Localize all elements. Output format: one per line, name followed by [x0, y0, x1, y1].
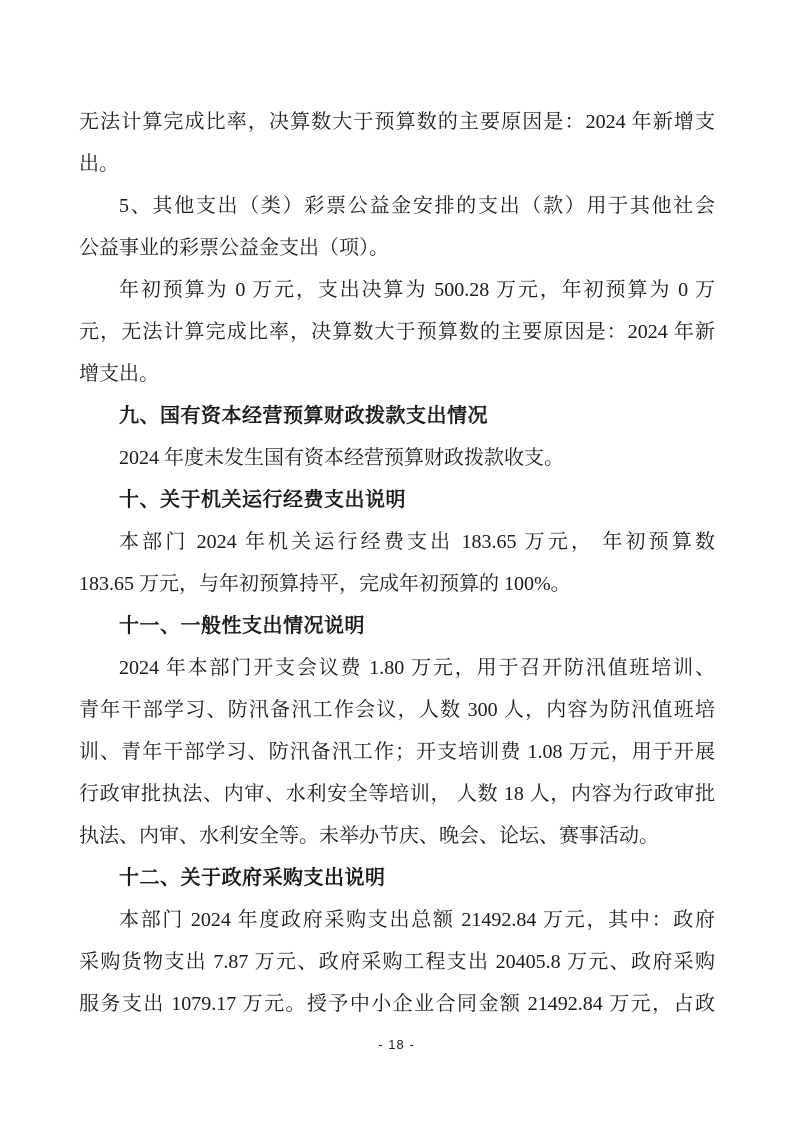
text-line: 无法计算完成比率，决算数大于预算数的主要原因是：2024 年新增支 — [79, 101, 715, 143]
text-line: 本部门 2024 年度政府采购支出总额 21492.84 万元，其中：政府 — [79, 899, 715, 941]
text-line: 出。 — [79, 143, 715, 185]
heading-line: 九、国有资本经营预算财政拨款支出情况 — [79, 395, 715, 437]
heading-line: 十、关于机关运行经费支出说明 — [79, 479, 715, 521]
text-line: 本部门 2024 年机关运行经费支出 183.65 万元， 年初预算数 — [79, 521, 715, 563]
text-line: 183.65 万元，与年初预算持平，完成年初预算的 100%。 — [79, 563, 715, 605]
document-page: 无法计算完成比率，决算数大于预算数的主要原因是：2024 年新增支出。5、其他支… — [0, 0, 793, 1122]
text-line: 元，无法计算完成比率，决算数大于预算数的主要原因是：2024 年新 — [79, 311, 715, 353]
text-line: 2024 年度未发生国有资本经营预算财政拨款收支。 — [79, 437, 715, 479]
text-line: 公益事业的彩票公益金支出（项）。 — [79, 227, 715, 269]
text-line: 2024 年本部门开支会议费 1.80 万元，用于召开防汛值班培训、 — [79, 647, 715, 689]
text-line: 训、青年干部学习、防汛备汛工作；开支培训费 1.08 万元，用于开展 — [79, 731, 715, 773]
text-line: 青年干部学习、防汛备汛工作会议，人数 300 人，内容为防汛值班培 — [79, 689, 715, 731]
heading-line: 十二、关于政府采购支出说明 — [79, 857, 715, 899]
heading-line: 十一、一般性支出情况说明 — [79, 605, 715, 647]
text-line: 采购货物支出 7.87 万元、政府采购工程支出 20405.8 万元、政府采购 — [79, 941, 715, 983]
text-line: 行政审批执法、内审、水利安全等培训， 人数 18 人，内容为行政审批 — [79, 773, 715, 815]
page-number: - 18 - — [0, 1036, 793, 1054]
text-line: 执法、内审、水利安全等。未举办节庆、晚会、论坛、赛事活动。 — [79, 815, 715, 857]
text-line: 5、其他支出（类）彩票公益金安排的支出（款）用于其他社会 — [79, 185, 715, 227]
text-line: 服务支出 1079.17 万元。授予中小企业合同金额 21492.84 万元，占… — [79, 983, 715, 1025]
document-content: 无法计算完成比率，决算数大于预算数的主要原因是：2024 年新增支出。5、其他支… — [79, 101, 715, 1025]
text-line: 年初预算为 0 万元，支出决算为 500.28 万元，年初预算为 0 万 — [79, 269, 715, 311]
text-line: 增支出。 — [79, 353, 715, 395]
